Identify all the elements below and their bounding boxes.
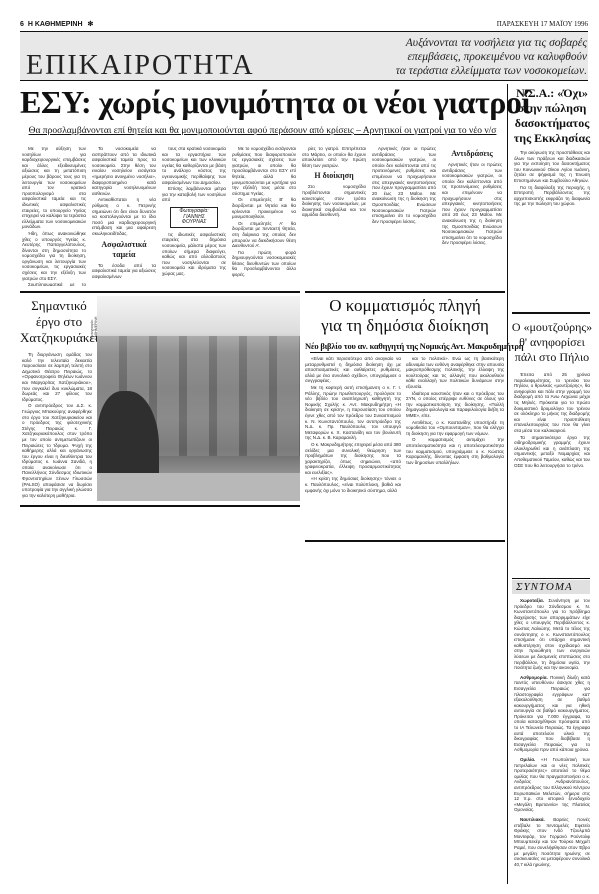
paragraph: Ήδη, όπως ανακοινώθηκε χθες ο υπουργός Υ… xyxy=(22,231,86,281)
brief-lead: Ομιλία. xyxy=(520,757,535,762)
photo-credit-vertical: Φωτογραφία: ΚΑΘΗΜΕΡΙΝΗ xyxy=(90,300,96,340)
paragraph: Με την αύξηση των νοσηλίων για καρδιοχει… xyxy=(22,146,86,230)
paragraph: Οι επιμελητές Β' θα διορίζονται με θητεί… xyxy=(232,197,296,219)
headline-line: έργο στο xyxy=(20,314,98,330)
headline-line: για τη δημόσια διοίκηση xyxy=(305,316,505,336)
main-story-col-4: Με το νομοσχέδιο εισάγονται ρυθμίσεις πο… xyxy=(232,146,296,286)
paragraph: Για πρώτη φορά δημιουργούνται νοσοκομεια… xyxy=(232,250,296,278)
paragraph: τις ιδιωτικές ασφαλιστικές εταιρείες στα… xyxy=(162,232,226,277)
paragraph: «Η κρίση της δημόσιας διοίκησης» τόνισε … xyxy=(305,476,401,493)
syntoma-band: ΣΥΝΤΟΜΑ xyxy=(512,580,590,594)
paper-name: Η ΚΑΘΗΜΕΡΙΝΗ xyxy=(28,21,83,28)
paragraph: Ιδιαίτερα καυστικός ήταν και ο πρόεδρος … xyxy=(406,391,504,419)
paragraph: ρίες το γιατρό. Επιτρέπεται στο Μάρτιο, … xyxy=(302,146,366,168)
main-story-col-7: Αντιδράσεις Αρνητικές ήταν οι πρώτες αντ… xyxy=(442,146,502,286)
paragraph: Με τη κοφτερή αυτή επισήμανση ο κ. Γ. Ι.… xyxy=(305,385,401,441)
admin-col-1: «Είναι κάτι περισσότερο από αναγκαίο να … xyxy=(305,356,401,506)
paragraph: Τα έσοδα από τα ασφαλιστικά ταμεία για α… xyxy=(92,263,156,280)
brief-lead: Ασθμομορία. xyxy=(520,675,548,680)
headline-line: Ο «μουτζούρης» xyxy=(510,320,594,335)
syntoma-briefs: Χωροταξία. Συνάντηση με τον πρόεδρο του … xyxy=(514,598,590,888)
paragraph: Τη διοργάνωση ομάδας του καλό την τελευτ… xyxy=(22,352,92,402)
photo-credit: Φωτογραφία: ΓΙΑΝΝΗΣ ΦΟΥΡΝΑΣ xyxy=(170,207,218,228)
paragraph: και το πολιτικό». Ενώ ως τη βασικότερη α… xyxy=(406,356,504,390)
main-story-col-6: Αρνητικές ήταν οι πρώτες αντιδράσεις των… xyxy=(372,146,436,286)
headline-line: Χατζηκυριάκειο xyxy=(20,330,98,346)
brief-lead: Ναυτιλιακά. xyxy=(520,817,545,822)
brief-lead: Χωροταξία. xyxy=(520,598,544,603)
page-number: 6 xyxy=(20,21,24,28)
masthead-left: 6 Η ΚΑΘΗΜΕΡΙΝΗ ✻ xyxy=(20,20,93,28)
headline-line: πάλι στο Πήλιο xyxy=(510,350,594,365)
ground-shape xyxy=(97,473,300,501)
admin-byline: Νέο βιβλίο του αν. καθηγητή της Νομικής … xyxy=(305,341,505,351)
paragraph: Για τη διαφύλαξη της περιοχής, η Επιτροπ… xyxy=(514,185,590,207)
paragraph: «Είναι κάτι περισσότερο από αναγκαίο να … xyxy=(305,356,401,384)
story-rule xyxy=(512,312,590,314)
main-subheadline-text: Θα προσλαμβάνονται επί θητεία και θα μον… xyxy=(29,126,497,136)
deck-line: τα τεράστια ελλείμματα των νοσοκομείων. xyxy=(327,64,587,78)
paragraph: Την ακύρωση της προσπάθειας και όλων των… xyxy=(514,150,590,184)
paragraph: τους στα κρατικά νοσοκομεία και τα εργασ… xyxy=(162,146,226,185)
church-story-text: Την ακύρωση της προσπάθειας και όλων των… xyxy=(514,150,590,295)
paragraph: Με το νομοσχέδιο εισάγονται ρυθμίσεις πο… xyxy=(232,146,296,196)
col-subhead: Η διοίκηση xyxy=(302,171,366,181)
photo-story-rule-top xyxy=(20,291,300,293)
brief-text: Ποινική δίωξη κατά παντός υπευθύνου άσκη… xyxy=(514,675,590,753)
paragraph: Τα νοσοκομεία να εισπράττουν από τα ιδιω… xyxy=(92,146,156,196)
deck-line: επεμβάσεις, προκειμένου να καλυφθούν xyxy=(327,50,587,64)
deck-line: Αυξάνονται τα νοσήλεια για τις σοβαρές xyxy=(327,36,587,50)
column-divider xyxy=(507,84,508,884)
admin-col-2: και το πολιτικό». Ενώ ως τη βασικότερη α… xyxy=(406,356,504,506)
brief-item: Χωροταξία. Συνάντηση με τον πρόεδρο του … xyxy=(514,598,590,671)
headline-line: Ο κομματισμός πληγή xyxy=(305,296,505,316)
main-subheadline: Θα προσλαμβάνονται επί θητεία και θα μον… xyxy=(20,126,505,136)
issue-date: ΠΑΡΑΣΚΕΥΗ 17 ΜΑΪΟΥ 1996 xyxy=(497,20,588,28)
brief-item: Ναυτιλιακά. Βαρείες ποινές επέβαλε το πε… xyxy=(514,817,590,867)
building-photo xyxy=(97,296,300,501)
section-rule xyxy=(20,80,588,81)
main-story-col-1: Με την αύξηση των νοσηλίων για καρδιοχει… xyxy=(22,146,86,286)
photo-story-rule-bottom xyxy=(20,505,300,507)
admin-story-rule-bottom xyxy=(305,540,505,542)
syntoma-title: ΣΥΝΤΟΜΑ xyxy=(516,581,573,593)
col-subhead: Ασφαλιστικά ταμεία xyxy=(92,240,156,260)
paragraph: Ο κ. Μακρυδημήτρης επιχειρεί μέσα από 38… xyxy=(305,442,401,476)
admin-story-rule-top xyxy=(305,291,505,293)
paragraph: Στο νομοσχέδιο προβλέπονται σημαντικές κ… xyxy=(302,184,366,218)
brief-item: Ασθμομορία. Ποινική δίωξη κατά παντός υπ… xyxy=(514,675,590,753)
main-story-col-5: ρίες το γιατρό. Επιτρέπεται στο Μάρτιο, … xyxy=(302,146,366,286)
logo-icon: ✻ xyxy=(87,21,93,28)
photo-story-headline: Σημαντικό έργο στο Χατζηκυριάκειο xyxy=(20,298,98,346)
main-story-col-2: Τα νοσοκομεία να εισπράττουν από τα ιδιω… xyxy=(92,146,156,286)
paragraph: Αρνητικές ήταν οι πρώτες αντιδράσεις των… xyxy=(442,162,502,246)
paragraph: Συμπληρωματικά με το άρθρο 8 του νομοσχε… xyxy=(22,282,86,286)
church-headline: Ν.Σ.Α.: «Όχι» στην πώληση δασοκτήματος τ… xyxy=(512,86,592,146)
section-title: ΕΠΙΚΑΙΡΟΤΗΤΑ xyxy=(26,50,255,82)
brief-text: Βαρείες ποινές επέβαλε το πενταμελές Εφε… xyxy=(514,817,590,867)
brief-text: «Η Γεωπολιτική των πετρελαίων και οι νέε… xyxy=(514,757,590,812)
brief-item: Ομιλία. «Η Γεωπολιτική των πετρελαίων κα… xyxy=(514,757,590,813)
photo-story-text: Τη διοργάνωση ομάδας του καλό την τελευτ… xyxy=(22,352,92,504)
admin-headline: Ο κομματισμός πληγή για τη δημόσια διοίκ… xyxy=(305,296,505,336)
col-subhead: Αντιδράσεις xyxy=(442,149,502,159)
paragraph: Τα σημαντικότερα έργα της σιδηροδρομικής… xyxy=(514,435,590,469)
section-deck: Αυξάνονται τα νοσήλεια για τις σοβαρές ε… xyxy=(327,36,587,78)
mountzouris-text: Έπειτα από 25 χρόνια παραλειψιμότητας, τ… xyxy=(514,372,590,572)
paragraph: Αρνητικές ήταν οι πρώτες αντιδράσεις των… xyxy=(372,146,436,224)
brief-text: Συνάντηση με τον πρόεδρο του Σύνδεσμου κ… xyxy=(514,598,590,670)
paragraph: Οι επιμελητές Α' θα διορίζονται με πεντα… xyxy=(232,221,296,249)
paragraph: Έπειτα από 25 χρόνια παραλειψιμότητας, τ… xyxy=(514,372,590,434)
main-headline: ΕΣΥ: χωρίς μονιμότητα οι νέοι γιατροί xyxy=(20,84,505,121)
main-story-col-3: τους στα κρατικά νοσοκομεία και τα εργασ… xyxy=(162,146,226,286)
syntoma-rule xyxy=(512,578,590,579)
paragraph: Επίσης λαμβάνονται μέτρα για την καταβολ… xyxy=(162,186,226,203)
paragraph: Αντικαθίσταται η νέα ρύθμιση ο κ. Πετριν… xyxy=(92,197,156,236)
headline-line: Σημαντικό xyxy=(20,298,98,314)
paragraph: Ο κομματισμός αντιμάχει την αποτελεσματι… xyxy=(406,437,504,465)
paragraph: Αντιθέτως, ο κ. Καστανίδης υποστήριξε τη… xyxy=(406,420,504,437)
byline-rule xyxy=(310,352,500,353)
paragraph: Ο αντιπρόεδρος του Δ.Σ. κ. Γεώργιος Μπακ… xyxy=(22,403,92,498)
